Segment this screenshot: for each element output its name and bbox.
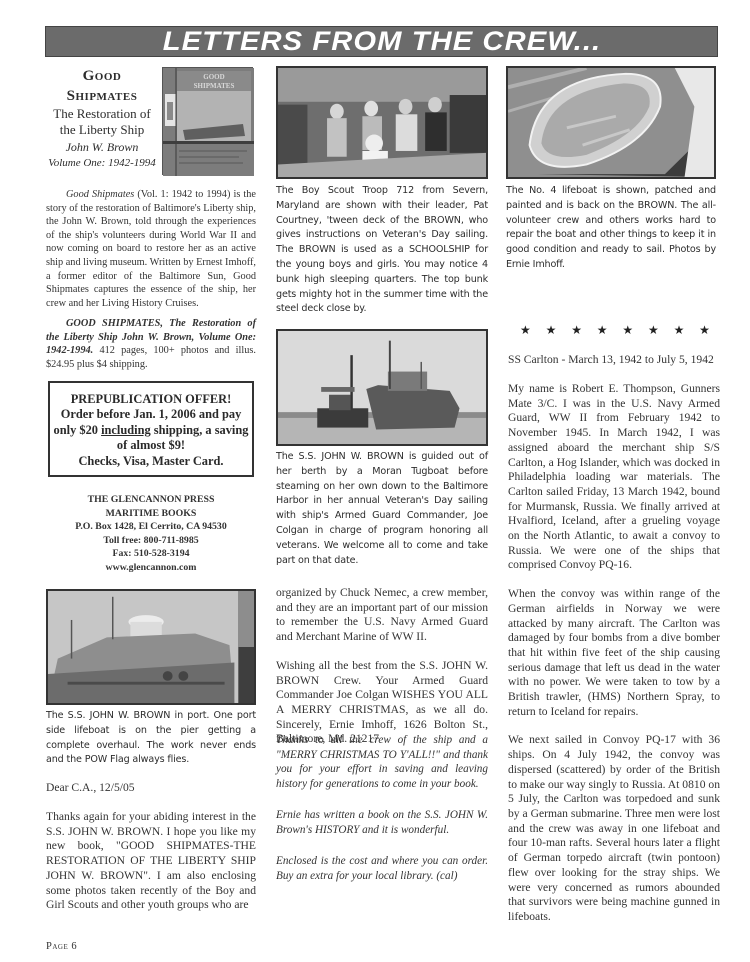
book-title-line2: Shipmates — [46, 86, 158, 106]
letter-thompson-para1: My name is Robert E. Thompson, Gunners M… — [508, 382, 720, 573]
offer-line5: Checks, Visa, Master Card. — [50, 454, 252, 469]
letter-thompson-para3: We next sailed in Convoy PQ-17 with 36 s… — [508, 733, 720, 924]
book-price-info: GOOD SHIPMATES, The Restoration of the L… — [46, 317, 256, 371]
editor-note-order: Enclosed is the cost and where you can o… — [276, 854, 488, 883]
book-title-line1: Good — [46, 66, 158, 86]
caption-ship-in-port: The S.S. JOHN W. BROWN in port. One port… — [46, 709, 256, 768]
letter-thompson-body: My name is Robert E. Thompson, Gunners M… — [508, 382, 720, 925]
letter-ernie-para1-cont: organized by Chuck Nemec, a crew member,… — [276, 586, 488, 645]
publisher-website[interactable]: www.glencannon.com — [46, 561, 256, 575]
book-subtitle-line2: the Liberty Ship — [46, 122, 158, 138]
offer-line3-pre: only $20 — [54, 423, 102, 437]
svg-text:GOOD: GOOD — [203, 73, 224, 81]
publisher-info: THE GLENCANNON PRESS MARITIME BOOKS P.O.… — [46, 493, 256, 575]
book-subtitle-line1: The Restoration of — [46, 106, 158, 122]
prepublication-offer-box: PREPUBLICATION OFFER! Order before Jan. … — [48, 381, 254, 477]
book-title-block: Good Shipmates The Restoration of the Li… — [46, 66, 158, 170]
book-description-text: (Vol. 1: 1942 to 1994) is the story of t… — [46, 189, 256, 309]
banner-title: LETTERS FROM THE CREW... — [162, 26, 600, 57]
book-volume-line: Volume One: 1942-1994 — [46, 156, 158, 170]
book-description: Good Shipmates (Vol. 1: 1942 to 1994) is… — [46, 188, 256, 310]
star-icon: ★ — [674, 323, 685, 338]
publisher-toll-free: Toll free: 800-711-8985 — [46, 534, 256, 548]
publisher-fax: Fax: 510-528-3194 — [46, 547, 256, 561]
publisher-address: P.O. Box 1428, El Cerrito, CA 94530 — [46, 520, 256, 534]
editor-note-book: Ernie has written a book on the S.S. JOH… — [276, 808, 488, 837]
star-icon: ★ — [546, 323, 557, 338]
star-icon: ★ — [571, 323, 582, 338]
letter-ernie-body-cont: organized by Chuck Nemec, a crew member,… — [276, 586, 488, 747]
caption-lifeboat: The No. 4 lifeboat is shown, patched and… — [506, 184, 716, 273]
star-divider: ★ ★ ★ ★ ★ ★ ★ ★ — [510, 323, 720, 338]
star-icon: ★ — [648, 323, 659, 338]
letter-thompson-para2: When the convoy was within range of the … — [508, 587, 720, 719]
publisher-name: THE GLENCANNON PRESS — [46, 493, 256, 507]
offer-line3: only $20 including shipping, a saving — [50, 423, 252, 438]
star-icon: ★ — [622, 323, 633, 338]
photo-tugboat-guiding-ship — [276, 329, 488, 446]
letter-greeting: Dear C.A., 12/5/05 — [46, 781, 256, 794]
book-description-lead: Good Shipmates — [66, 189, 134, 200]
offer-line2: Order before Jan. 1, 2006 and pay — [50, 407, 252, 422]
page-number: Page 6 — [46, 941, 77, 952]
photo-boy-scouts — [276, 66, 488, 179]
story-heading-ss-carlton: SS Carlton - March 13, 1942 to July 5, 1… — [508, 353, 720, 366]
photo-lifeboat — [506, 66, 716, 179]
editor-note-thanks: Thanks to all the crew of the ship and a… — [276, 733, 488, 792]
star-icon: ★ — [520, 323, 531, 338]
letter-ernie-body-start: Thanks again for your abiding interest i… — [46, 810, 256, 913]
star-icon: ★ — [699, 323, 710, 338]
caption-boy-scouts: The Boy Scout Troop 712 from Severn, Mar… — [276, 184, 488, 317]
offer-line3-post: shipping, a saving — [151, 423, 249, 437]
svg-text:SHIPMATES: SHIPMATES — [194, 82, 235, 90]
offer-line4: of almost $9! — [50, 438, 252, 453]
photo-ship-in-port — [46, 589, 256, 705]
publisher-tagline: MARITIME BOOKS — [46, 507, 256, 521]
page-banner: LETTERS FROM THE CREW... — [45, 26, 718, 57]
offer-line3-underlined: including — [101, 423, 151, 437]
caption-tugboat: The S.S. JOHN W. BROWN is guided out of … — [276, 450, 488, 568]
letter-ernie-para1: Thanks again for your abiding interest i… — [46, 810, 256, 913]
offer-line1: PREPUBLICATION OFFER! — [50, 392, 252, 407]
book-author-line: John W. Brown — [46, 138, 158, 156]
book-cover-image: GOOD SHIPMATES — [162, 67, 253, 175]
star-icon: ★ — [597, 323, 608, 338]
